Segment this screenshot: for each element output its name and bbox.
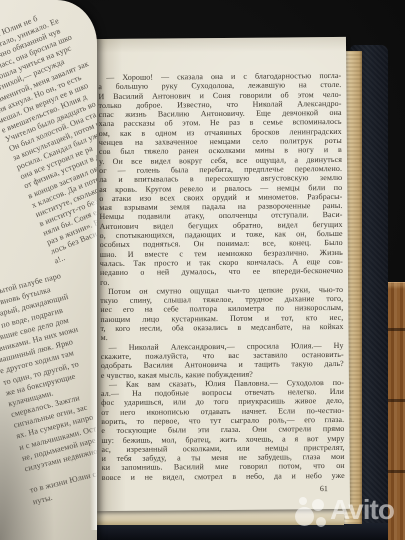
avito-logo-icon <box>299 497 307 505</box>
left-page-curled: о в жизни Юлия не бэто угнетало, унижало… <box>0 0 97 540</box>
page-number: 61 <box>320 484 328 493</box>
avito-watermark: Avito <box>288 494 405 536</box>
right-page: — Хорошо! — сказала она и с благодарност… <box>92 37 350 511</box>
left-page-lower-text: на крытой палубе пароски, вновь бутылка.… <box>0 234 97 507</box>
right-page-text: — Хорошо! — сказала она и с благодарност… <box>98 71 345 482</box>
left-page-upper-text: о в жизни Юлия не бэто угнетало, унижало… <box>0 0 97 267</box>
text-line: вовсе и не видел, смотрел в небо, да и н… <box>102 471 345 482</box>
avito-watermark-text: Avito <box>330 494 394 526</box>
avito-logo-icon <box>316 517 326 527</box>
open-book-photo: — Хорошо! — сказала она и с благодарност… <box>0 0 405 540</box>
avito-logo-icon <box>295 507 314 526</box>
avito-logo-icon <box>312 499 324 511</box>
